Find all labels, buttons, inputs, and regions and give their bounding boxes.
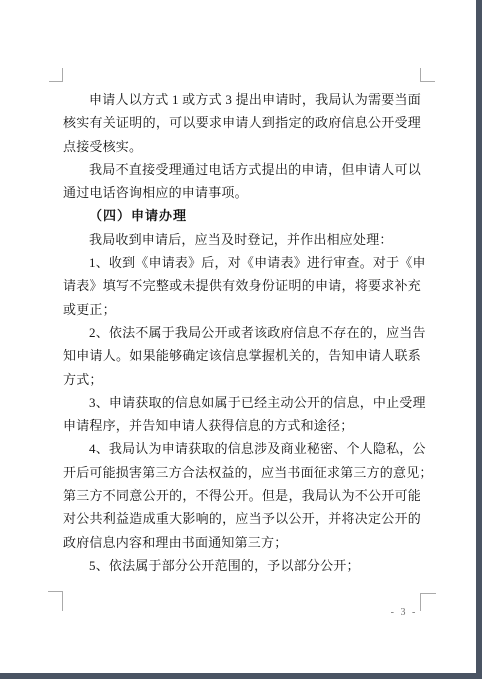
body-text-line: 或更正； xyxy=(63,298,421,321)
margin-crop-mark-bottom-left xyxy=(48,591,63,611)
window-frame-right-edge xyxy=(476,0,482,679)
body-text-line: 申请程序，并告知申请人获得信息的方式和途径； xyxy=(63,414,421,437)
body-text-line: 我局不直接受理通过电话方式提出的申请，但申请人可以 xyxy=(63,158,421,181)
body-text-line: 开后可能损害第三方合法权益的，应当书面征求第三方的意见； xyxy=(63,461,421,484)
window-frame-bottom-edge xyxy=(0,673,482,679)
margin-crop-mark-top-left xyxy=(49,68,63,82)
document-body: 申请人以方式 1 或方式 3 提出申请时，我局认为需要当面核实有关证明的，可以要… xyxy=(63,88,421,577)
body-text-line: 3、申请获取的信息如属于已经主动公开的信息，中止受理 xyxy=(63,391,421,414)
body-text-line: 我局收到申请后，应当及时登记，并作出相应处理： xyxy=(63,228,421,251)
body-text-line: 5、依法属于部分公开范围的，予以部分公开； xyxy=(63,554,421,577)
body-text-line: 申请人以方式 1 或方式 3 提出申请时，我局认为需要当面 xyxy=(63,88,421,111)
page-number: - 3 - xyxy=(384,607,424,618)
body-text-line: 2、依法不属于我局公开或者该政府信息不存在的，应当告 xyxy=(63,321,421,344)
body-text-line: 点接受核实。 xyxy=(63,135,421,158)
body-text-line: 请表》填写不完整或未提供有效身份证明的申请，将要求补充 xyxy=(63,274,421,297)
heading-line: （四）申请办理 xyxy=(63,204,421,227)
body-text-line: 核实有关证明的，可以要求申请人到指定的政府信息公开受理 xyxy=(63,111,421,134)
body-text-line: 方式； xyxy=(63,368,421,391)
margin-crop-mark-top-right xyxy=(420,68,435,82)
body-text-line: 4、我局认为申请获取的信息涉及商业秘密、个人隐私，公 xyxy=(63,437,421,460)
body-text-line: 对公共利益造成重大影响的，应当予以公开，并将决定公开的 xyxy=(63,507,421,530)
body-text-line: 知申请人。如果能够确定该信息掌握机关的，告知申请人联系 xyxy=(63,344,421,367)
body-text-line: 1、收到《申请表》后，对《申请表》进行审查。对于《申 xyxy=(63,251,421,274)
document-window: 申请人以方式 1 或方式 3 提出申请时，我局认为需要当面核实有关证明的，可以要… xyxy=(0,0,482,679)
body-text-line: 通过电话咨询相应的申请事项。 xyxy=(63,181,421,204)
body-text-line: 政府信息内容和理由书面通知第三方； xyxy=(63,531,421,554)
body-text-line: 第三方不同意公开的，不得公开。但是，我局认为不公开可能 xyxy=(63,484,421,507)
